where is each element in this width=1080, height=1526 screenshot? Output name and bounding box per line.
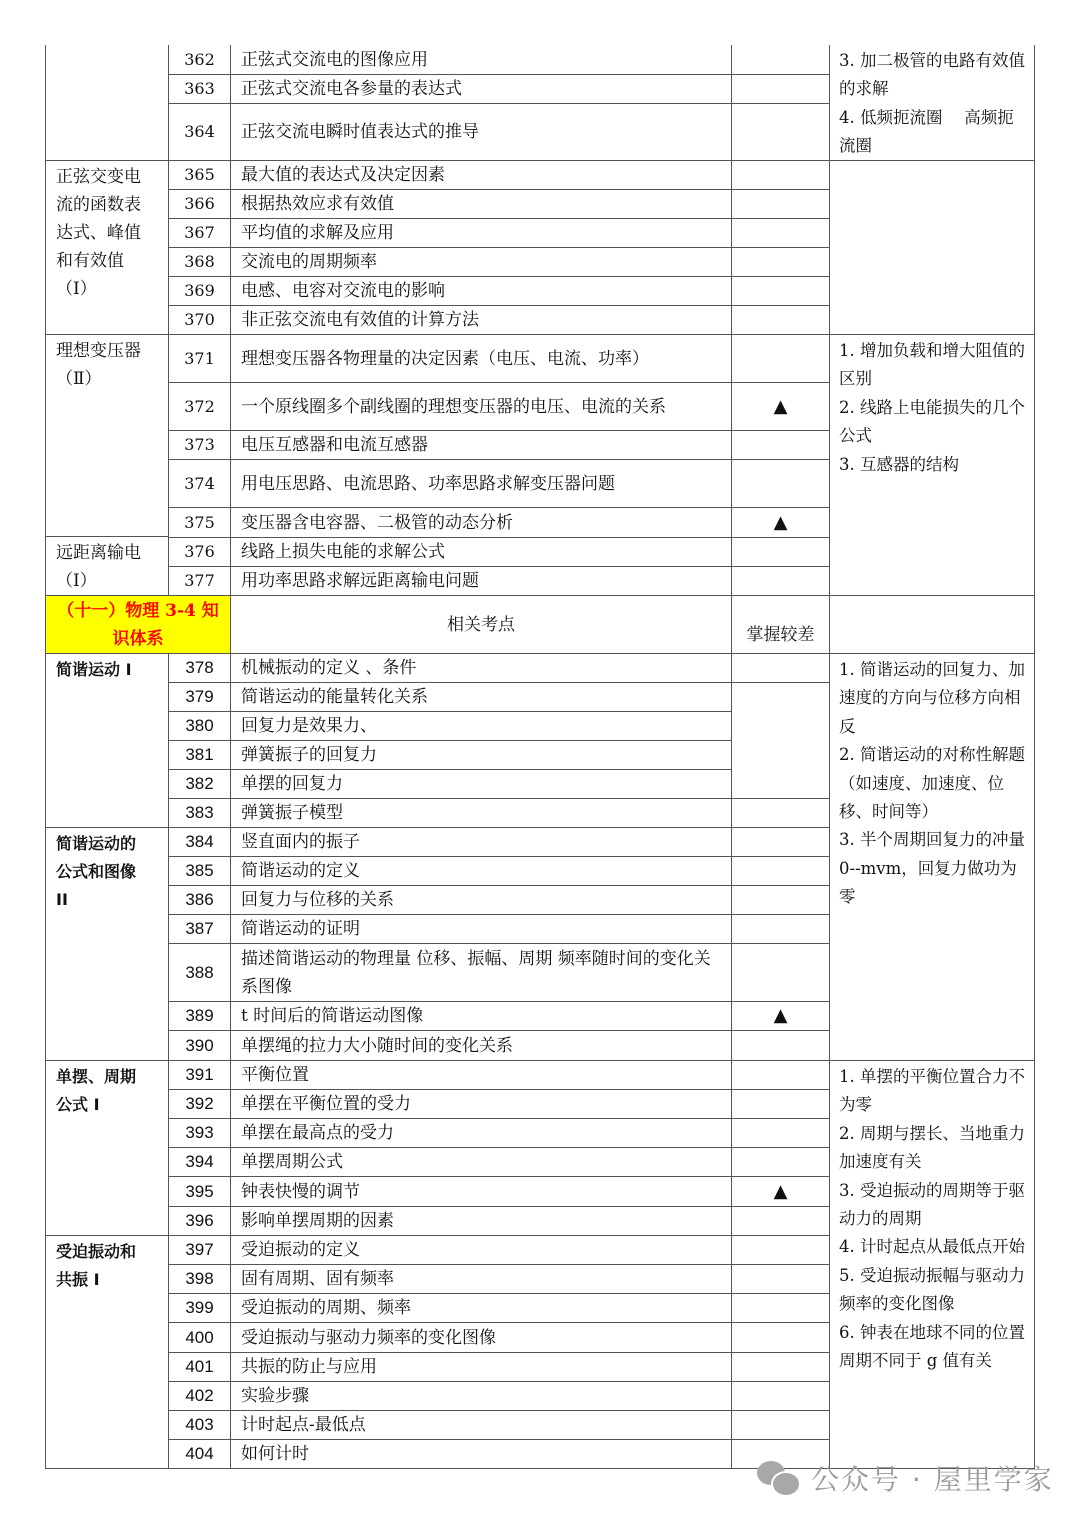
row-id: 392 [168, 1089, 231, 1119]
row-mastery-mark [731, 74, 830, 104]
row-topic: 交流电的周期频率 [230, 247, 732, 277]
row-mastery-mark [731, 537, 830, 567]
row-id: 368 [168, 247, 231, 277]
knowledge-table: 正弦交变电 流的函数表 达式、峰值 和有效值 （Ⅰ） 理想变压器 （Ⅱ） 远距离… [0, 0, 1080, 1526]
row-id: 393 [168, 1118, 231, 1148]
row-mastery-mark: ▲ [731, 507, 830, 538]
row-id: 363 [168, 74, 231, 104]
row-id: 369 [168, 276, 231, 306]
row-mastery-mark [731, 1060, 830, 1090]
row-topic: 回复力与位移的关系 [230, 885, 732, 915]
row-mastery-mark [731, 459, 830, 508]
row-mastery-mark [731, 1030, 830, 1061]
row-id: 386 [168, 885, 231, 915]
row-id: 389 [168, 1001, 231, 1031]
row-topic: 电压互感器和电流互感器 [230, 430, 732, 460]
section-title: （十一）物理 3-4 知识体系 [45, 595, 231, 654]
row-mastery-mark [731, 1410, 830, 1440]
row-id: 396 [168, 1206, 231, 1236]
group-cell-transformer: 理想变压器 （Ⅱ） [45, 334, 169, 537]
topic-column-header: 相关考点 [230, 595, 732, 654]
row-topic: 用功率思路求解远距离输电问题 [230, 566, 732, 596]
row-mastery-mark [731, 566, 830, 596]
row-id: 401 [168, 1352, 231, 1382]
notes-cell-shm: 1. 简谐运动的回复力、加速度的方向与位移方向相反 2. 简谐运动的对称性解题（… [829, 653, 1035, 1061]
row-topic: 回复力是效果力、 [230, 711, 732, 741]
row-mastery-mark [731, 218, 830, 248]
row-mastery-mark [731, 798, 830, 828]
row-id: 383 [168, 798, 231, 828]
row-id: 381 [168, 740, 231, 770]
note-line: 1. 简谐运动的回复力、加速度的方向与位移方向相反 [839, 656, 1026, 741]
row-topic: 正弦式交流电的图像应用 [230, 45, 732, 75]
watermark: 公众号 · 屋里学家 [757, 1458, 1054, 1498]
row-id: 382 [168, 769, 231, 799]
row-topic: 单摆周期公式 [230, 1147, 732, 1177]
row-mastery-mark [731, 1235, 830, 1265]
row-id: 388 [168, 943, 231, 1002]
note-line: 3. 受迫振动的周期等于驱动力的周期 [839, 1177, 1026, 1234]
row-mastery-mark [731, 943, 830, 1002]
row-topic: 简谐运动的定义 [230, 856, 732, 886]
row-mastery-mark [731, 1381, 830, 1411]
row-id: 365 [168, 160, 231, 190]
row-id: 364 [168, 103, 231, 161]
watermark-text: 公众号 · 屋里学家 [811, 1458, 1054, 1498]
row-topic: 最大值的表达式及决定因素 [230, 160, 732, 190]
group-cell-transmission: 远距离输电 （Ⅰ） [45, 536, 169, 596]
row-id: 390 [168, 1030, 231, 1061]
row-topic: 弹簧振子模型 [230, 798, 732, 828]
row-id: 375 [168, 507, 231, 538]
row-topic: 简谐运动的能量转化关系 [230, 682, 732, 712]
row-id: 403 [168, 1410, 231, 1440]
note-line: 5. 受迫振动振幅与驱动力频率的变化图像 [839, 1262, 1026, 1319]
row-mastery-mark [731, 653, 830, 683]
note-line: 3. 互感器的结构 [839, 451, 1026, 479]
row-topic: 简谐运动的证明 [230, 914, 732, 944]
row-topic: 正弦交流电瞬时值表达式的推导 [230, 103, 732, 161]
group-cell-shm: 简谐运动 I [45, 653, 169, 828]
row-topic: 正弦式交流电各参量的表达式 [230, 74, 732, 104]
row-topic: 变压器含电容器、二极管的动态分析 [230, 507, 732, 538]
row-id: 402 [168, 1381, 231, 1411]
row-topic: 单摆在最高点的受力 [230, 1118, 732, 1148]
row-mastery-mark: ▲ [731, 382, 830, 431]
row-topic: 固有周期、固有频率 [230, 1264, 732, 1294]
row-mastery-mark [731, 885, 830, 915]
row-id: 367 [168, 218, 231, 248]
row-id: 397 [168, 1235, 231, 1265]
note-line: 4. 计时起点从最低点开始 [839, 1233, 1026, 1261]
notes-cell-ac: 3. 加二极管的电路有效值的求解 4. 低频扼流圈 高频扼流圈 [829, 45, 1035, 161]
row-id: 378 [168, 653, 231, 683]
row-mastery-mark: ▲ [731, 1001, 830, 1031]
note-line: 2. 简谐运动的对称性解题（如速度、加速度、位移、时间等） [839, 741, 1026, 826]
row-id: 395 [168, 1176, 231, 1207]
row-mastery-mark [731, 103, 830, 161]
note-line: 6. 钟表在地球不同的位置周期不同于 g 值有关 [839, 1319, 1026, 1376]
group-cell-shm-formula: 简谐运动的 公式和图像 II [45, 827, 169, 1061]
note-line: 2. 线路上电能损失的几个公式 [839, 394, 1026, 451]
row-mastery-mark [731, 189, 830, 219]
row-id: 379 [168, 682, 231, 712]
row-mastery-mark [731, 1293, 830, 1323]
row-topic: 实验步骤 [230, 1381, 732, 1411]
group-cell-forced-vibration: 受迫振动和 共振 I [45, 1235, 169, 1469]
row-id: 371 [168, 334, 231, 383]
notes-cell-empty [829, 160, 1035, 335]
row-topic: 电感、电容对交流电的影响 [230, 276, 732, 306]
row-mastery-mark [731, 1147, 830, 1177]
row-mastery-mark [731, 1352, 830, 1382]
row-topic: 描述简谐运动的物理量 位移、振幅、周期 频率随时间的变化关系图像 [230, 943, 732, 1002]
wechat-icon [757, 1461, 801, 1495]
notes-cell-transformer: 1. 增加负载和增大阻值的区别 2. 线路上电能损失的几个公式 3. 互感器的结… [829, 334, 1035, 596]
row-mastery-mark [731, 160, 830, 190]
row-mastery-mark [731, 914, 830, 944]
row-mastery-mark [731, 1264, 830, 1294]
row-topic: 钟表快慢的调节 [230, 1176, 732, 1207]
row-topic: 受迫振动的周期、频率 [230, 1293, 732, 1323]
row-id: 391 [168, 1060, 231, 1090]
row-topic: 线路上损失电能的求解公式 [230, 537, 732, 567]
row-mastery-mark [731, 276, 830, 306]
row-mastery-mark [731, 1322, 830, 1353]
row-topic: 单摆绳的拉力大小随时间的变化关系 [230, 1030, 732, 1061]
row-mastery-mark [731, 1118, 830, 1148]
row-id: 394 [168, 1147, 231, 1177]
row-id: 362 [168, 45, 231, 75]
row-id: 399 [168, 1293, 231, 1323]
row-topic: 受迫振动与驱动力频率的变化图像 [230, 1322, 732, 1353]
notes-cell-pendulum: 1. 单摆的平衡位置合力不为零 2. 周期与摆长、当地重力加速度有关 3. 受迫… [829, 1060, 1035, 1469]
mastery-column-header: 掌握较差 [731, 595, 830, 654]
row-topic: 平均值的求解及应用 [230, 218, 732, 248]
row-id: 374 [168, 459, 231, 508]
row-mastery-mark [731, 856, 830, 886]
row-id: 384 [168, 827, 231, 857]
row-mastery-mark [731, 305, 830, 335]
group-cell-sine-ac: 正弦交变电 流的函数表 达式、峰值 和有效值 （Ⅰ） [45, 160, 169, 335]
row-id: 377 [168, 566, 231, 596]
row-id: 370 [168, 305, 231, 335]
row-topic: 单摆的回复力 [230, 769, 732, 799]
row-mastery-mark [731, 45, 830, 75]
row-topic: 一个原线圈多个副线圈的理想变压器的电压、电流的关系 [230, 382, 732, 431]
row-id: 387 [168, 914, 231, 944]
row-topic: 平衡位置 [230, 1060, 732, 1090]
note-line: 3. 加二极管的电路有效值的求解 [839, 47, 1026, 104]
row-topic: 理想变压器各物理量的决定因素（电压、电流、功率） [230, 334, 732, 383]
row-id: 385 [168, 856, 231, 886]
row-id: 400 [168, 1322, 231, 1353]
row-topic: 弹簧振子的回复力 [230, 740, 732, 770]
note-line: 1. 增加负载和增大阻值的区别 [839, 337, 1026, 394]
row-topic: 非正弦交流电有效值的计算方法 [230, 305, 732, 335]
row-mastery-mark [731, 430, 830, 460]
row-id: 376 [168, 537, 231, 567]
row-mastery-mark [731, 1206, 830, 1236]
row-topic: 根据热效应求有效值 [230, 189, 732, 219]
note-line: 4. 低频扼流圈 高频扼流圈 [839, 104, 1026, 161]
row-mastery-mark [731, 1089, 830, 1119]
row-topic: 影响单摆周期的因素 [230, 1206, 732, 1236]
mastery-cell-merged [731, 682, 830, 799]
row-topic: 计时起点-最低点 [230, 1410, 732, 1440]
row-topic: 受迫振动的定义 [230, 1235, 732, 1265]
row-topic: 机械振动的定义 、条件 [230, 653, 732, 683]
row-mastery-mark [731, 247, 830, 277]
note-line: 2. 周期与摆长、当地重力加速度有关 [839, 1120, 1026, 1177]
row-id: 398 [168, 1264, 231, 1294]
notes-column-header [829, 595, 1035, 654]
row-topic: 单摆在平衡位置的受力 [230, 1089, 732, 1119]
row-id: 366 [168, 189, 231, 219]
group-cell-pendulum: 单摆、周期 公式 I [45, 1060, 169, 1236]
note-line: 1. 单摆的平衡位置合力不为零 [839, 1063, 1026, 1120]
row-topic: 竖直面内的振子 [230, 827, 732, 857]
row-id: 373 [168, 430, 231, 460]
row-mastery-mark: ▲ [731, 1176, 830, 1207]
row-topic: 用电压思路、电流思路、功率思路求解变压器问题 [230, 459, 732, 508]
row-topic: 如何计时 [230, 1439, 732, 1469]
row-id: 404 [168, 1439, 231, 1469]
row-topic: t 时间后的简谐运动图像 [230, 1001, 732, 1031]
row-id: 380 [168, 711, 231, 741]
note-line: 3. 半个周期回复力的冲量 0--mvm，回复力做功为零 [839, 826, 1026, 911]
row-topic: 共振的防止与应用 [230, 1352, 732, 1382]
row-id: 372 [168, 382, 231, 431]
row-mastery-mark [731, 334, 830, 383]
group-cell-continued [45, 45, 169, 161]
row-mastery-mark [731, 827, 830, 857]
